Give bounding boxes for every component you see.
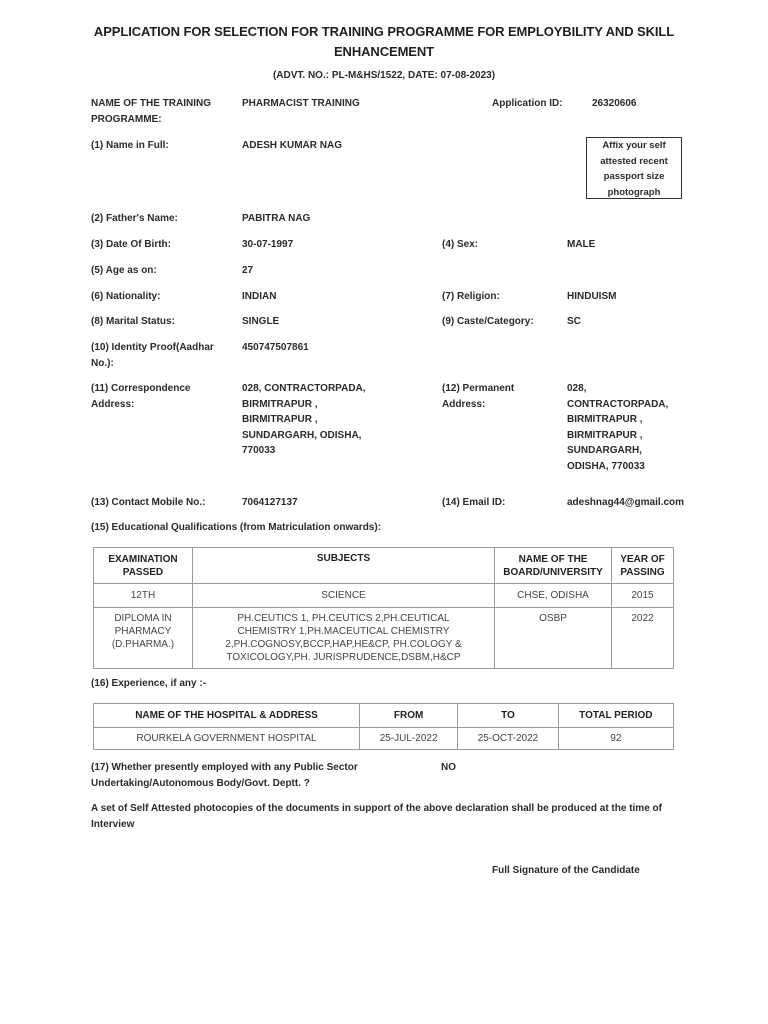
identity-proof-label-line: (10) Identity Proof(Aadhar bbox=[91, 340, 214, 356]
table-row: ROURKELA GOVERNMENT HOSPITAL 25-JUL-2022… bbox=[94, 728, 674, 750]
dob-value: 30-07-1997 bbox=[242, 237, 293, 253]
subjects-cell: SCIENCE bbox=[192, 584, 494, 608]
nationality-label: (6) Nationality: bbox=[91, 289, 160, 305]
religion-label: (7) Religion: bbox=[442, 289, 500, 305]
photo-box-line: Affix your self bbox=[587, 138, 681, 154]
correspondence-address-value: 028, CONTRACTORPADA, BIRMITRAPUR , BIRMI… bbox=[242, 381, 366, 459]
caste-value: SC bbox=[567, 314, 581, 330]
marital-status-value: SINGLE bbox=[242, 314, 279, 330]
mobile-label: (13) Contact Mobile No.: bbox=[91, 495, 205, 511]
father-name-label: (2) Father's Name: bbox=[91, 211, 178, 227]
declaration-text: A set of Self Attested photocopies of th… bbox=[91, 801, 691, 833]
sex-value: MALE bbox=[567, 237, 595, 253]
application-id-label: Application ID: bbox=[492, 96, 563, 112]
address-line: ODISHA, 770033 bbox=[567, 459, 668, 475]
advertisement-number: (ADVT. NO.: PL-M&HS/1522, DATE: 07-08-20… bbox=[90, 70, 678, 81]
permanent-address-value: 028, CONTRACTORPADA, BIRMITRAPUR , BIRMI… bbox=[567, 381, 668, 474]
experience-header-row: NAME OF THE HOSPITAL & ADDRESS FROM TO T… bbox=[94, 704, 674, 728]
photo-box-line: photograph bbox=[587, 185, 681, 201]
programme-label: NAME OF THE TRAINING PROGRAMME: bbox=[91, 96, 231, 128]
marital-status-label: (8) Marital Status: bbox=[91, 314, 175, 330]
photo-box-line: attested recent bbox=[587, 154, 681, 170]
subjects-cell: PH.CEUTICS 1, PH.CEUTICS 2,PH.CEUTICAL C… bbox=[192, 608, 494, 669]
email-label: (14) Email ID: bbox=[442, 495, 505, 511]
address-line: BIRMITRAPUR , bbox=[567, 412, 668, 428]
table-row: DIPLOMA IN PHARMACY (D.PHARMA.) PH.CEUTI… bbox=[94, 608, 674, 669]
employment-value: NO bbox=[441, 760, 456, 776]
exam-cell: DIPLOMA IN PHARMACY (D.PHARMA.) bbox=[94, 608, 193, 669]
permanent-address-label: (12) Permanent Address: bbox=[442, 381, 514, 413]
religion-value: HINDUISM bbox=[567, 289, 616, 305]
photo-box-line: passport size bbox=[587, 169, 681, 185]
from-cell: 25-JUL-2022 bbox=[360, 728, 458, 750]
column-header: SUBJECTS bbox=[192, 548, 494, 584]
identity-proof-value: 450747507861 bbox=[242, 340, 309, 356]
identity-proof-label-line: No.): bbox=[91, 356, 214, 372]
age-label: (5) Age as on: bbox=[91, 263, 157, 279]
email-value: adeshnag44@gmail.com bbox=[567, 495, 684, 511]
name-label: (1) Name in Full: bbox=[91, 138, 169, 154]
mobile-value: 7064127137 bbox=[242, 495, 298, 511]
table-row: 12TH SCIENCE CHSE, ODISHA 2015 bbox=[94, 584, 674, 608]
to-cell: 25-OCT-2022 bbox=[458, 728, 558, 750]
period-cell: 92 bbox=[558, 728, 673, 750]
employment-label-line: Undertaking/Autonomous Body/Govt. Deptt.… bbox=[91, 776, 358, 792]
address-line: BIRMITRAPUR , bbox=[242, 412, 366, 428]
year-cell: 2022 bbox=[611, 608, 673, 669]
dob-label: (3) Date Of Birth: bbox=[91, 237, 171, 253]
address-line: 028, CONTRACTORPADA, bbox=[242, 381, 366, 397]
year-cell: 2015 bbox=[611, 584, 673, 608]
address-line: 770033 bbox=[242, 443, 366, 459]
application-id-value: 26320606 bbox=[592, 96, 637, 112]
column-header: EXAMINATION PASSED bbox=[94, 548, 193, 584]
father-name-value: PABITRA NAG bbox=[242, 211, 310, 227]
identity-proof-label: (10) Identity Proof(Aadhar No.): bbox=[91, 340, 214, 372]
employment-label: (17) Whether presently employed with any… bbox=[91, 760, 358, 792]
caste-label: (9) Caste/Category: bbox=[442, 314, 534, 330]
address-line: SUNDARGARH, bbox=[567, 443, 668, 459]
hospital-cell: ROURKELA GOVERNMENT HOSPITAL bbox=[94, 728, 360, 750]
address-line: 028, bbox=[567, 381, 668, 397]
employment-label-line: (17) Whether presently employed with any… bbox=[91, 760, 358, 776]
address-line: SUNDARGARH, ODISHA, bbox=[242, 428, 366, 444]
address-line: CONTRACTORPADA, bbox=[567, 397, 668, 413]
form-title: APPLICATION FOR SELECTION FOR TRAINING P… bbox=[90, 22, 678, 62]
column-header: FROM bbox=[360, 704, 458, 728]
column-header: YEAR OF PASSING bbox=[611, 548, 673, 584]
experience-label: (16) Experience, if any :- bbox=[91, 676, 206, 692]
education-label: (15) Educational Qualifications (from Ma… bbox=[91, 520, 381, 536]
correspondence-address-label-line: (11) Correspondence bbox=[91, 381, 190, 397]
sex-label: (4) Sex: bbox=[442, 237, 478, 253]
declaration-line: A set of Self Attested photocopies of th… bbox=[91, 801, 691, 817]
nationality-value: INDIAN bbox=[242, 289, 276, 305]
address-line: BIRMITRAPUR , bbox=[567, 428, 668, 444]
board-cell: CHSE, ODISHA bbox=[495, 584, 612, 608]
exam-cell: 12TH bbox=[94, 584, 193, 608]
correspondence-address-label-line: Address: bbox=[91, 397, 190, 413]
education-header-row: EXAMINATION PASSED SUBJECTS NAME OF THE … bbox=[94, 548, 674, 584]
permanent-address-label-line: (12) Permanent bbox=[442, 381, 514, 397]
signature-label: Full Signature of the Candidate bbox=[492, 863, 640, 879]
declaration-line: Interview bbox=[91, 817, 691, 833]
address-line: BIRMITRAPUR , bbox=[242, 397, 366, 413]
photo-placeholder-box: Affix your self attested recent passport… bbox=[586, 137, 682, 199]
name-value: ADESH KUMAR NAG bbox=[242, 138, 342, 154]
education-table: EXAMINATION PASSED SUBJECTS NAME OF THE … bbox=[93, 547, 674, 669]
column-header: NAME OF THE BOARD/UNIVERSITY bbox=[495, 548, 612, 584]
permanent-address-label-line: Address: bbox=[442, 397, 514, 413]
column-header: NAME OF THE HOSPITAL & ADDRESS bbox=[94, 704, 360, 728]
column-header: TOTAL PERIOD bbox=[558, 704, 673, 728]
age-value: 27 bbox=[242, 263, 253, 279]
programme-value: PHARMACIST TRAINING bbox=[242, 96, 360, 112]
board-cell: OSBP bbox=[495, 608, 612, 669]
correspondence-address-label: (11) Correspondence Address: bbox=[91, 381, 190, 413]
column-header: TO bbox=[458, 704, 558, 728]
experience-table: NAME OF THE HOSPITAL & ADDRESS FROM TO T… bbox=[93, 703, 674, 750]
